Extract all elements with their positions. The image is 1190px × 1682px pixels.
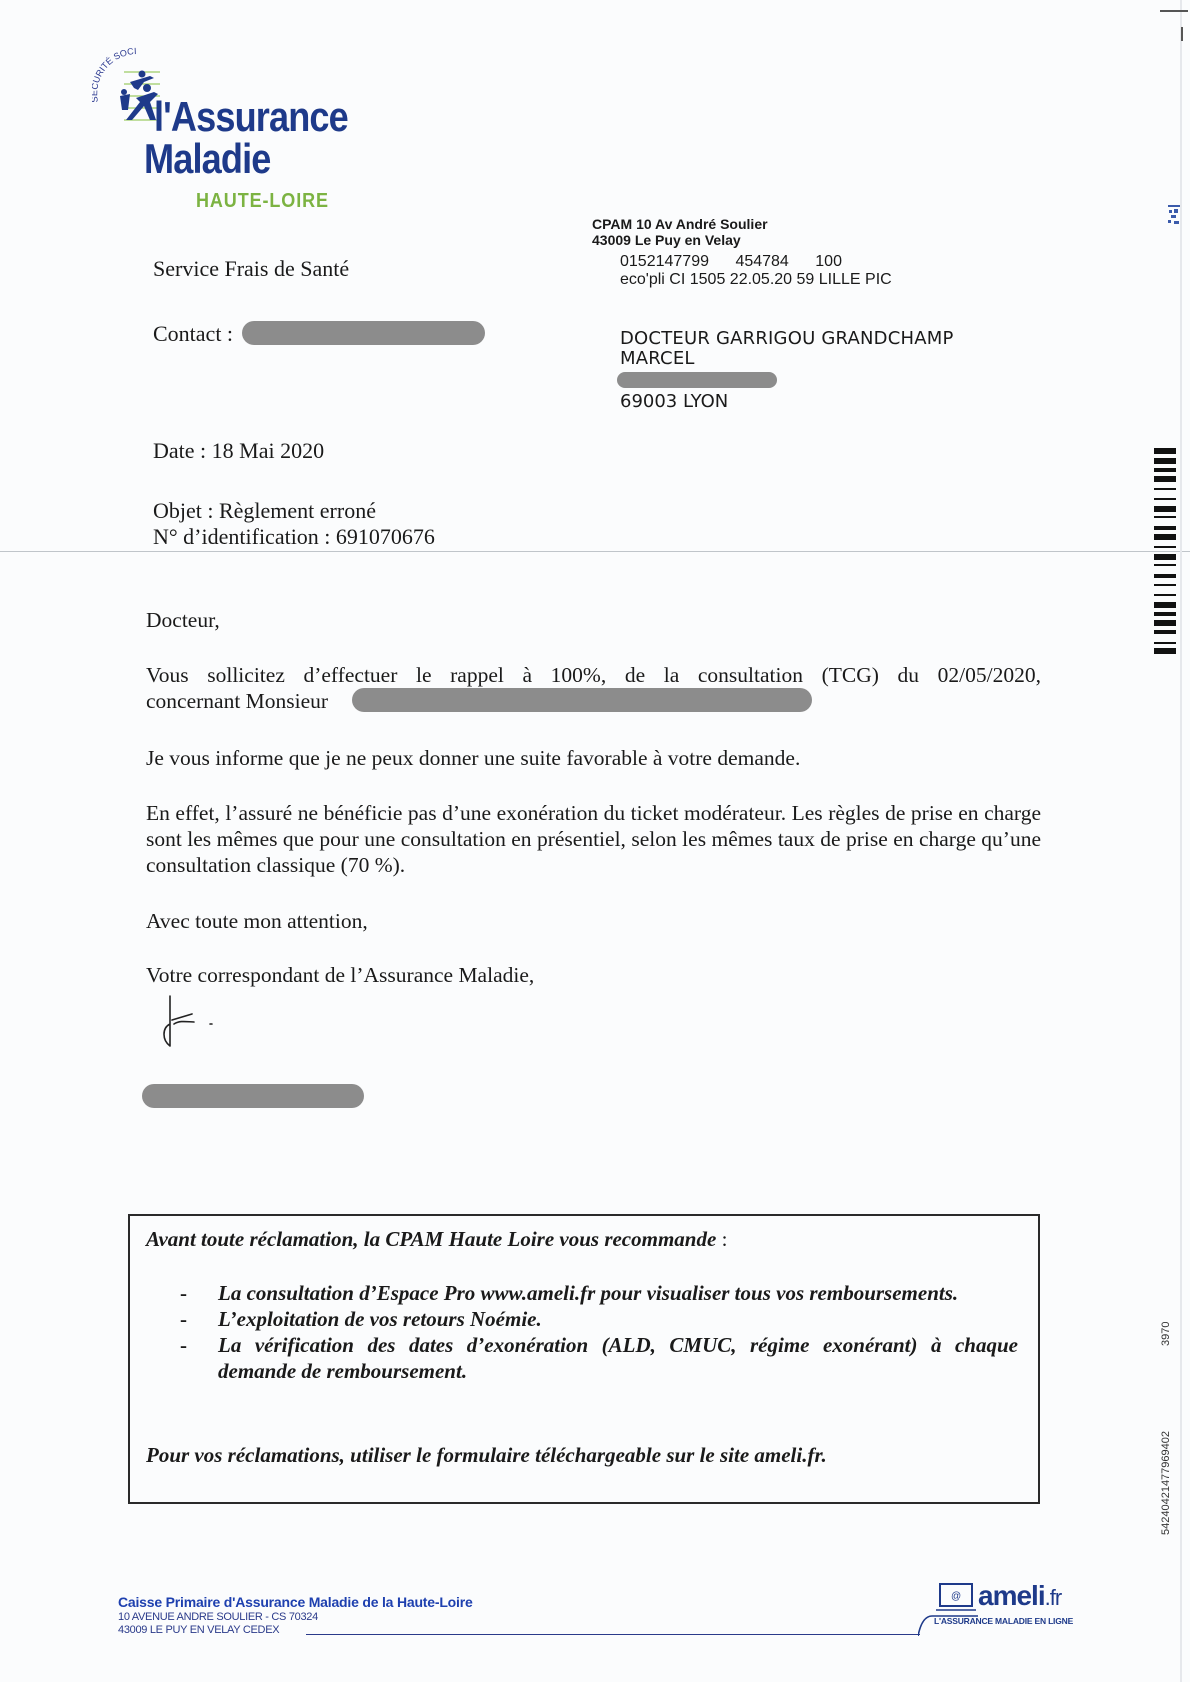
recommendation-list: La consultation d’Espace Pro www.ameli.f… (146, 1280, 1018, 1384)
notice-heading-text: Avant toute réclamation, la CPAM Haute L… (146, 1227, 716, 1251)
notice-heading-colon: : (716, 1227, 727, 1251)
redacted-street (617, 372, 777, 388)
redacted-patient-name (352, 688, 812, 712)
margin-code: 3970 (1160, 1322, 1172, 1346)
ameli-logo: @ ameli.fr L'ASSURANCE MALADIE EN LIGNE (918, 1580, 1078, 1640)
recommendation-item: La vérification des dates d’exonération … (146, 1332, 1018, 1384)
footer-address: 10 AVENUE ANDRE SOULIER - CS 70324 43009… (118, 1611, 318, 1637)
svg-text:SÉCURITÉ SOCIALE: SÉCURITÉ SOCIALE (92, 44, 137, 103)
postal-barcode-icon (1154, 448, 1176, 714)
ameli-word: ameli (978, 1580, 1045, 1611)
footer-rule (306, 1634, 920, 1635)
footer-organization: Caisse Primaire d'Assurance Maladie de l… (118, 1594, 473, 1610)
postal-codes: 0152147799 454784 100 (620, 253, 892, 271)
logo-title: l'Assurance (154, 96, 348, 138)
letter-date: Date : 18 Mai 2020 (153, 438, 324, 464)
assurance-maladie-logo: SÉCURITÉ SOCIALE l'Assurance Maladie HAU… (92, 44, 422, 214)
recipient-name: DOCTEUR GARRIGOU GRANDCHAMP (620, 329, 954, 349)
crop-mark (1160, 10, 1188, 12)
sender-address: CPAM 10 Av André Soulier 43009 Le Puy en… (592, 216, 768, 248)
service-name: Service Frais de Santé (153, 256, 349, 282)
contact-label: Contact : (153, 321, 233, 347)
handwritten-signature-icon (158, 994, 228, 1050)
svg-text:@: @ (951, 1591, 961, 1602)
paper-edge (1180, 0, 1182, 1682)
postal-code: 100 (815, 253, 842, 270)
laptop-at-icon: @ (918, 1580, 978, 1636)
logo-subtitle: Maladie (144, 138, 270, 180)
recipient-address: DOCTEUR GARRIGOU GRANDCHAMP MARCEL (620, 329, 954, 369)
paragraph-explanation: En effet, l’assuré ne bénéficie pas d’un… (146, 800, 1041, 878)
redacted-contact (242, 321, 485, 345)
postal-marking: 0152147799 454784 100 eco'pli CI 1505 22… (620, 253, 892, 289)
recommendation-item: La consultation d’Espace Pro www.ameli.f… (146, 1280, 1018, 1306)
recipient-firstname: MARCEL (620, 349, 954, 369)
ameli-tagline: L'ASSURANCE MALADIE EN LIGNE (934, 1616, 1073, 1626)
salutation: Docteur, (146, 607, 1041, 633)
ameli-wordmark: ameli.fr (978, 1580, 1061, 1612)
footer-address-line: 43009 LE PUY EN VELAY CEDEX (118, 1624, 318, 1637)
letter-subject: Objet : Règlement erroné (153, 498, 376, 524)
paper-fold-line (0, 551, 1190, 552)
postal-line: eco'pli CI 1505 22.05.20 59 LILLE PIC (620, 271, 892, 289)
paragraph-decision: Je vous informe que je ne peux donner un… (146, 745, 1041, 771)
recommendation-box: Avant toute réclamation, la CPAM Haute L… (128, 1214, 1040, 1504)
sender-line: 43009 Le Puy en Velay (592, 232, 768, 248)
paragraph-request: Vous sollicitez d’effectuer le rappel à … (146, 662, 1041, 688)
securite-sociale-figures-icon: SÉCURITÉ SOCIALE (92, 44, 162, 124)
recommendation-item: L’exploitation de vos retours Noémie. (146, 1306, 1018, 1332)
postal-code: 454784 (735, 253, 788, 270)
postal-code: 0152147799 (620, 253, 709, 270)
logo-region: HAUTE-LOIRE (196, 190, 329, 213)
notice-heading: Avant toute réclamation, la CPAM Haute L… (146, 1226, 727, 1252)
recipient-city: 69003 LYON (620, 391, 728, 412)
datamatrix-code-icon (1168, 205, 1180, 227)
redacted-signer-name (142, 1084, 364, 1108)
notice-footer: Pour vos réclamations, utiliser le formu… (146, 1442, 827, 1468)
signoff: Votre correspondant de l’Assurance Malad… (146, 962, 1041, 988)
closing: Avec toute mon attention, (146, 908, 1041, 934)
margin-code: 54240421477969402 (1160, 1431, 1172, 1535)
crop-mark (1181, 27, 1183, 41)
footer-address-line: 10 AVENUE ANDRE SOULIER - CS 70324 (118, 1611, 318, 1624)
sender-line: CPAM 10 Av André Soulier (592, 216, 768, 232)
ameli-tld: .fr (1045, 1585, 1062, 1610)
identification-number: N° d’identification : 691070676 (153, 524, 435, 550)
